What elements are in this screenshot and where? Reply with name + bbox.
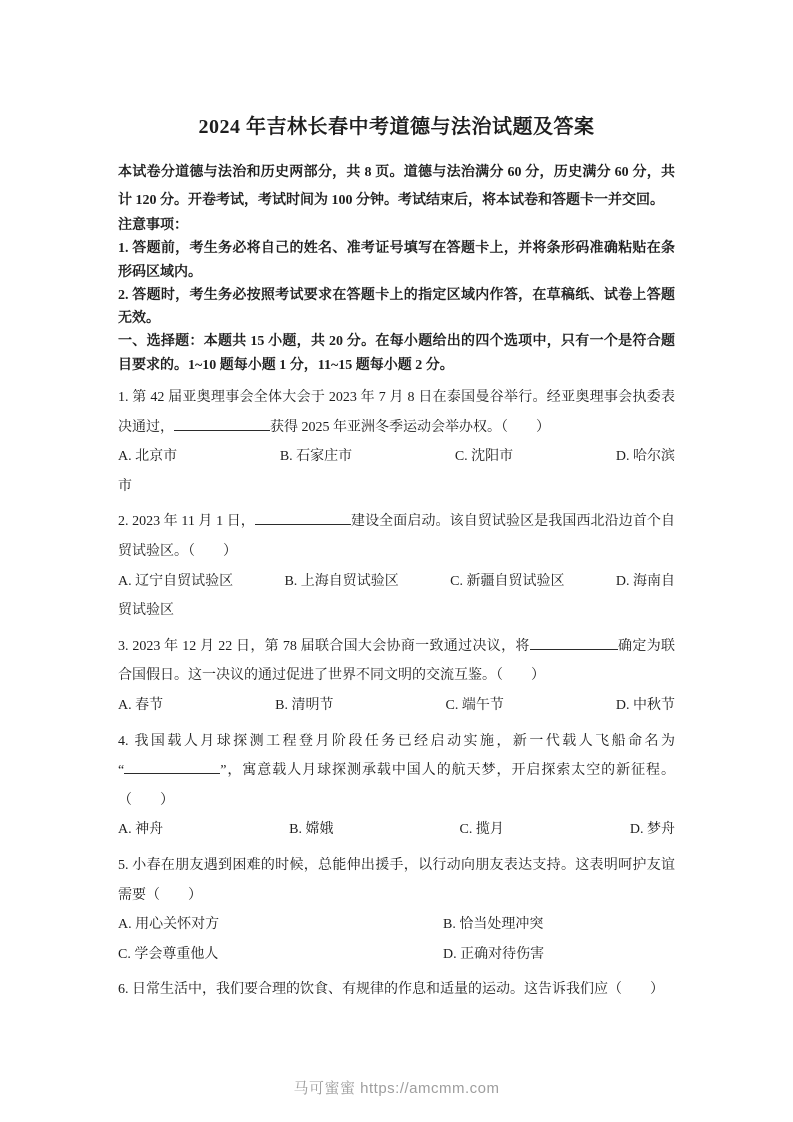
- option-b: B. 恰当处理冲突: [443, 910, 675, 940]
- option-a: A. 北京市: [118, 442, 177, 472]
- option-c: C. 沈阳市: [455, 442, 513, 472]
- page-title: 2024 年吉林长春中考道德与法治试题及答案: [118, 112, 675, 142]
- option-a: A. 春节: [118, 691, 163, 721]
- option-b: B. 石家庄市: [280, 442, 352, 472]
- question-2: 2. 2023 年 11 月 1 日，建设全面启动。该自贸试验区是我国西北沿边首…: [118, 507, 675, 625]
- option-d: D. 哈尔滨: [616, 442, 675, 472]
- question-1-stem-line-1: 1. 第 42 届亚奥理事会全体大会于 2023 年 7 月 8 日在泰国曼谷举…: [118, 383, 675, 413]
- notice-item-2-line-1: 2. 答题时，考生务必按照考试要求在答题卡上的指定区域内作答，在草稿纸、试卷上答…: [118, 284, 675, 307]
- option-b: B. 嫦娥: [289, 815, 333, 845]
- question-3-stem-line-2: 合国假日。这一决议的通过促进了世界不同文明的交流互鉴。（ ）: [118, 661, 675, 691]
- question-1-options-row: A. 北京市 B. 石家庄市 C. 沈阳市 D. 哈尔滨: [118, 442, 675, 472]
- question-2-stem-line-1: 2. 2023 年 11 月 1 日，建设全面启动。该自贸试验区是我国西北沿边首…: [118, 507, 675, 537]
- question-3: 3. 2023 年 12 月 22 日，第 78 届联合国大会协商一致通过决议，…: [118, 632, 675, 721]
- question-1: 1. 第 42 届亚奥理事会全体大会于 2023 年 7 月 8 日在泰国曼谷举…: [118, 383, 675, 501]
- answer-blank: [124, 760, 220, 774]
- question-3-stem-line-1: 3. 2023 年 12 月 22 日，第 78 届联合国大会协商一致通过决议，…: [118, 632, 675, 662]
- intro-line-1: 本试卷分道德与法治和历史两部分，共 8 页。道德与法治满分 60 分，历史满分 …: [118, 159, 675, 187]
- notice-item-1-line-2: 形码区域内。: [118, 261, 675, 284]
- option-c: C. 新疆自贸试验区: [450, 567, 564, 597]
- option-a: A. 用心关怀对方: [118, 910, 443, 940]
- question-4-stem-line-2: “”，寓意载人月球探测承载中国人的航天梦，开启探索太空的新征程。: [118, 756, 675, 786]
- answer-blank: [255, 511, 351, 525]
- question-5-options-row-2: C. 学会尊重他人 D. 正确对待伤害: [118, 940, 675, 970]
- notice-block: 注意事项： 1. 答题前，考生务必将自己的姓名、准考证号填写在答题卡上，并将条形…: [118, 214, 675, 377]
- answer-blank: [530, 636, 618, 650]
- option-d: D. 梦舟: [630, 815, 675, 845]
- answer-blank: [174, 417, 270, 431]
- question-2-option-wrap: 贸试验区: [118, 596, 675, 626]
- option-c: C. 学会尊重他人: [118, 940, 443, 970]
- option-b: B. 上海自贸试验区: [284, 567, 398, 597]
- question-1-option-wrap: 市: [118, 472, 675, 502]
- question-6-stem-line-1: 6. 日常生活中，我们要合理的饮食、有规律的作息和适量的运动。这告诉我们应（ ）: [118, 975, 675, 1005]
- question-1-stem-line-2: 决通过，获得 2025 年亚洲冬季运动会举办权。（ ）: [118, 413, 675, 443]
- option-d: D. 海南自: [616, 567, 675, 597]
- notice-item-1-line-1: 1. 答题前，考生务必将自己的姓名、准考证号填写在答题卡上，并将条形码准确粘贴在…: [118, 237, 675, 260]
- question-2-options-row: A. 辽宁自贸试验区 B. 上海自贸试验区 C. 新疆自贸试验区 D. 海南自: [118, 567, 675, 597]
- option-d: D. 正确对待伤害: [443, 940, 675, 970]
- question-4-stem-line-1: 4. 我国载人月球探测工程登月阶段任务已经启动实施，新一代载人飞船命名为: [118, 727, 675, 757]
- option-a: A. 辽宁自贸试验区: [118, 567, 233, 597]
- section-heading-line-1: 一、选择题：本题共 15 小题，共 20 分。在每小题给出的四个选项中，只有一个…: [118, 330, 675, 353]
- intro-paragraph: 本试卷分道德与法治和历史两部分，共 8 页。道德与法治满分 60 分，历史满分 …: [118, 159, 675, 214]
- footer-watermark: 马可蜜蜜 https://amcmm.com: [0, 1077, 793, 1098]
- notice-item-2-line-2: 无效。: [118, 307, 675, 330]
- option-c: C. 端午节: [446, 691, 504, 721]
- question-2-stem-line-2: 贸试验区。（ ）: [118, 537, 675, 567]
- question-5-stem-line-1: 5. 小春在朋友遇到困难的时候，总能伸出援手，以行动向朋友表达支持。这表明呵护友…: [118, 851, 675, 881]
- option-a: A. 神舟: [118, 815, 163, 845]
- section-heading-line-2: 目要求的。1~10 题每小题 1 分，11~15 题每小题 2 分。: [118, 354, 675, 377]
- question-3-options-row: A. 春节 B. 清明节 C. 端午节 D. 中秋节: [118, 691, 675, 721]
- option-c: C. 揽月: [460, 815, 504, 845]
- question-5-options-row-1: A. 用心关怀对方 B. 恰当处理冲突: [118, 910, 675, 940]
- question-4-options-row: A. 神舟 B. 嫦娥 C. 揽月 D. 梦舟: [118, 815, 675, 845]
- notice-heading: 注意事项：: [118, 214, 675, 237]
- question-4-stem-line-3: （ ）: [118, 786, 675, 816]
- exam-document-page: 2024 年吉林长春中考道德与法治试题及答案 本试卷分道德与法治和历史两部分，共…: [0, 0, 793, 1122]
- question-6: 6. 日常生活中，我们要合理的饮食、有规律的作息和适量的运动。这告诉我们应（ ）: [118, 975, 675, 1005]
- option-b: B. 清明节: [275, 691, 333, 721]
- question-5: 5. 小春在朋友遇到困难的时候，总能伸出援手，以行动向朋友表达支持。这表明呵护友…: [118, 851, 675, 969]
- intro-line-2: 计 120 分。开卷考试，考试时间为 100 分钟。考试结束后，将本试卷和答题卡…: [118, 187, 675, 215]
- question-4: 4. 我国载人月球探测工程登月阶段任务已经启动实施，新一代载人飞船命名为 “”，…: [118, 727, 675, 845]
- footer-watermark-text: 马可蜜蜜 https://amcmm.com: [293, 1080, 499, 1097]
- question-5-stem-line-2: 需要（ ）: [118, 881, 675, 911]
- option-d: D. 中秋节: [616, 691, 675, 721]
